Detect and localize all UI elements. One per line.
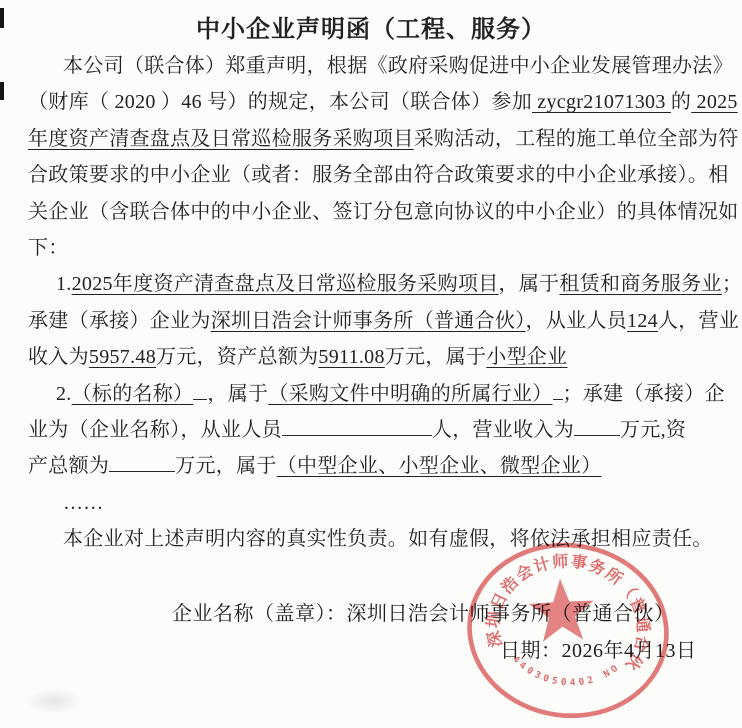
declaration-document-page: 中小企业声明函（工程、服务） 本公司（联合体）郑重声明，根据《政府采购促进中小企… xyxy=(0,0,742,728)
text-segment: 关企业（含联合体中的中小企业、签订分包意向协议的中小企业）的具体情况如 xyxy=(28,201,739,223)
text-segment: 的 xyxy=(671,91,691,113)
text-segment: （采购文件中明确的所属行业） xyxy=(268,383,552,405)
text-segment: ，从业人员 xyxy=(526,310,628,332)
document-line: 年度资产清查盘点及日常巡检服务采购项目采购活动，工程的施工单位全部为符 xyxy=(28,121,724,157)
document-line: 下： xyxy=(28,230,724,266)
document-line: 本公司（联合体）郑重声明，根据《政府采购促进中小企业发展管理办法》 xyxy=(28,48,724,84)
text-segment: ，属于 xyxy=(207,383,268,405)
text-segment: 2025 xyxy=(691,91,738,113)
text-segment: ，属于 xyxy=(499,273,560,295)
text-segment: 租赁和商务服务业 xyxy=(559,273,721,295)
text-segment: 下： xyxy=(28,237,69,259)
text-segment: 承建（承接）企业为 xyxy=(28,310,211,332)
text-segment: 万元,资 xyxy=(620,419,686,441)
text-segment: 1. xyxy=(56,273,72,295)
scan-artifact xyxy=(0,82,4,100)
text-segment: （中型企业、小型企业、微型企业） xyxy=(277,455,602,477)
text-segment: …… xyxy=(63,492,104,514)
text-segment: 124 xyxy=(627,310,658,332)
document-line: 1.2025年度资产清查盘点及日常巡检服务采购项目，属于租赁和商务服务业； xyxy=(28,266,724,302)
text-segment: （标的名称） xyxy=(72,383,194,405)
blank-underline xyxy=(109,449,175,472)
text-segment: ；承建（承接）企 xyxy=(563,383,725,405)
document-line: …… xyxy=(28,485,724,521)
text-segment: 5957.48 xyxy=(89,346,156,368)
signature-date-line: 日期：2026年4月13日 xyxy=(500,634,697,663)
text-segment: 人，营业收入为 xyxy=(432,419,574,441)
text-segment: （财库（ 2020 ）46 号）的规定，本公司（联合体）参加 xyxy=(28,91,532,113)
text-segment: 万元，属于 xyxy=(175,455,277,477)
company-seal-stamp: 深圳日浩会计师事务所（普通合伙） 4403050402 NO xyxy=(464,537,672,728)
document-line: 收入为5957.48万元，资产总额为5911.08万元，属于小型企业 xyxy=(28,339,724,375)
text-segment: ； xyxy=(722,273,742,295)
text-segment: 万元，属于 xyxy=(385,346,487,368)
document-line: 合政策要求的中小企业（或者：服务全部由符合政策要求的中小企业承接）。相 xyxy=(28,157,724,193)
text-segment: zycgr21071303 xyxy=(532,91,671,113)
document-line: 2.（标的名称），属于（采购文件中明确的所属行业）；承建（承接）企 xyxy=(28,376,724,412)
scan-artifact xyxy=(0,8,4,28)
document-line: 产总额为万元，属于（中型企业、小型企业、微型企业） xyxy=(28,448,724,484)
text-segment: 业为（企业名称），从业人员 xyxy=(28,419,282,441)
scan-smudge xyxy=(26,688,82,714)
text-segment: 收入为 xyxy=(28,346,89,368)
document-body: 本公司（联合体）郑重声明，根据《政府采购促进中小企业发展管理办法》（财库（ 20… xyxy=(28,48,724,557)
text-segment: 年度资产清查盘点及日常巡检服务采购项目 xyxy=(28,128,414,150)
text-segment: 本公司（联合体）郑重声明，根据《政府采购促进中小企业发展管理办法》 xyxy=(63,55,733,77)
text-segment: 合政策要求的中小企业（或者：服务全部由符合政策要求的中小企业承接）。相 xyxy=(28,164,729,186)
blank-underline xyxy=(282,413,432,436)
text-segment: 5911.08 xyxy=(318,346,384,368)
stamp-border-circle xyxy=(464,537,672,727)
text-segment: 采购活动，工程的施工单位全部为符 xyxy=(414,128,739,150)
text-segment: 人，营业 xyxy=(658,310,739,332)
blank-underline xyxy=(574,413,620,436)
document-line: （财库（ 2020 ）46 号）的规定，本公司（联合体）参加 zycgr2107… xyxy=(28,84,724,120)
signature-company-line: 企业名称（盖章）：深圳日浩会计师事务所（普通合伙） xyxy=(172,597,675,626)
text-segment: 2025年度资产清查盘点及日常巡检服务采购项目 xyxy=(72,273,499,295)
text-segment: 深圳日浩会计师事务所（普通合伙） xyxy=(211,310,526,332)
document-line: 关企业（含联合体中的中小企业、签订分包意向协议的中小企业）的具体情况如 xyxy=(28,194,724,230)
text-segment: 产总额为 xyxy=(28,455,109,477)
text-segment: 小型企业 xyxy=(486,346,567,368)
page-title: 中小企业声明函（工程、服务） xyxy=(0,9,742,44)
blank-underline xyxy=(553,377,563,400)
document-line: 本企业对上述声明内容的真实性负责。如有虚假，将依法承担相应责任。 xyxy=(28,521,724,557)
text-segment: 本企业对上述声明内容的真实性负责。如有虚假，将依法承担相应责任。 xyxy=(63,528,713,550)
document-line: 承建（承接）企业为深圳日浩会计师事务所（普通合伙），从业人员124人，营业 xyxy=(28,303,724,339)
text-segment: 2. xyxy=(56,383,72,405)
document-line: 业为（企业名称），从业人员人，营业收入为万元,资 xyxy=(28,412,724,448)
text-segment: 万元，资产总额为 xyxy=(156,346,318,368)
blank-underline xyxy=(193,377,207,400)
